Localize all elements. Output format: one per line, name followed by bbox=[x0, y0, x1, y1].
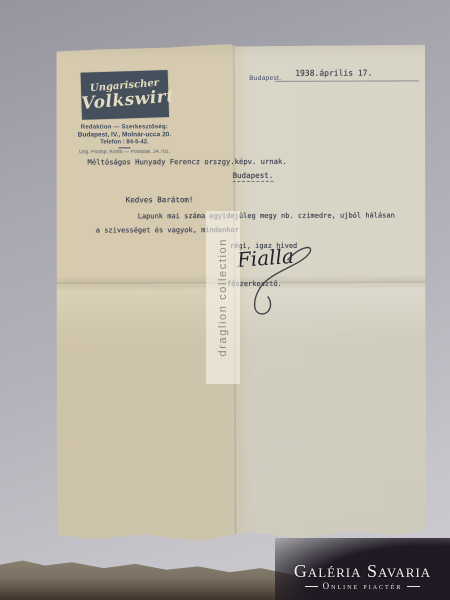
watermark-strip: draglion collection bbox=[206, 211, 240, 384]
recipient-name-line: Méltóságos Hunyady Ferencz orszgy.képv. … bbox=[88, 157, 287, 167]
letterhead-address-block: Redaktion — Szerkesztőség: Budapest, IV.… bbox=[61, 124, 187, 155]
badge-title: Galéria Savaria bbox=[294, 562, 431, 580]
watermark-text: draglion collection bbox=[217, 238, 229, 356]
badge-subtitle-row: Online piactér bbox=[305, 582, 421, 591]
dateline-date-value: 1938.április 17. bbox=[295, 69, 372, 78]
letterhead-address-line: Budapest, IV., Molnár-ucca 20. bbox=[61, 131, 187, 138]
recipient-city-line: Budapest. bbox=[233, 171, 274, 182]
letterhead-account-line: Ung. Postsp. Konto — Postatak. 24.765. bbox=[67, 149, 183, 155]
letterhead-phone-line: Telefon : 84-5-42. bbox=[61, 139, 187, 145]
photo-of-letter: { "letter": { "letterhead": { "brand_top… bbox=[0, 0, 450, 600]
letter-paper: Ungarischer Volkswirt Redaktion — Szerke… bbox=[55, 43, 427, 541]
badge-rule-left bbox=[305, 586, 318, 587]
body-line-1: Lapunk mai száma egyidejüleg megy nb. cz… bbox=[138, 211, 395, 220]
dateline-underline bbox=[275, 80, 419, 82]
badge-subtitle: Online piactér bbox=[323, 582, 403, 591]
salutation: Kedves Barátom! bbox=[126, 195, 194, 204]
letterhead-separator bbox=[118, 147, 130, 148]
letterhead-logo: Ungarischer Volkswirt bbox=[81, 70, 169, 120]
letterhead-department-line: Redaktion — Szerkesztőség: bbox=[61, 124, 187, 130]
marketplace-badge: Galéria Savaria Online piactér bbox=[275, 538, 450, 600]
badge-rule-right bbox=[407, 586, 420, 587]
